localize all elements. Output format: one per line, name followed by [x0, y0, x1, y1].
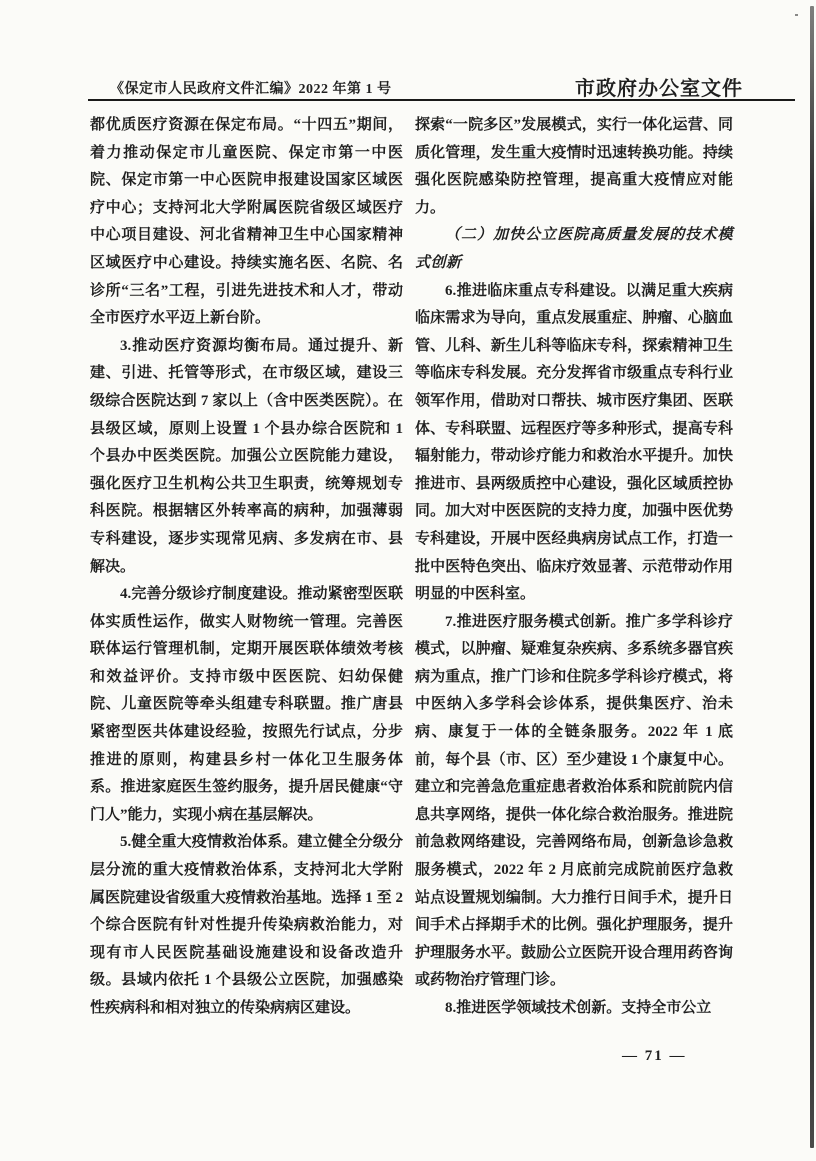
paragraph-item-6: 6.推进临床重点专科建设。以满足重大疾病临床需求为导向，重点发展重症、肿瘤、心脑… — [415, 278, 733, 609]
paragraph-item-4: 4.完善分级诊疗制度建设。推动紧密型医联体实质性运作，做实人财物统一管理。完善医… — [90, 581, 403, 829]
right-text-column: 探索“一院多区”发展模式，实行一体化运营、同质化管理，发生重大疫情时迅速转换功能… — [415, 112, 733, 1023]
paragraph-item-8: 8.推进医学领域技术创新。支持全市公立 — [415, 995, 733, 1023]
paragraph-continuation: 探索“一院多区”发展模式，实行一体化运营、同质化管理，发生重大疫情时迅速转换功能… — [415, 112, 733, 222]
document-page: 《保定市人民政府文件汇编》2022 年第 1 号 市政府办公室文件 都优质医疗资… — [0, 0, 816, 1161]
header-document-category: 市政府办公室文件 — [575, 72, 743, 101]
left-text-column: 都优质医疗资源在保定布局。“十四五”期间，着力推动保定市儿童医院、保定市第一中医… — [90, 112, 403, 1023]
section-heading-2: （二）加快公立医院高质量发展的技术模式创新 — [415, 222, 733, 277]
paragraph-item-3: 3.推动医疗资源均衡布局。通过提升、新建、引进、托管等形式，在市级区域，建设三级… — [90, 333, 403, 581]
scan-speck-artifact — [795, 14, 798, 16]
paragraph-item-7: 7.推进医疗服务模式创新。推广多学科诊疗模式，以肿瘤、疑难复杂疾病、多系统多器官… — [415, 609, 733, 995]
header-compilation-title: 《保定市人民政府文件汇编》2022 年第 1 号 — [110, 78, 392, 98]
paragraph-item-5: 5.健全重大疫情救治体系。建立健全分级分层分流的重大疫情救治体系，支持河北大学附… — [90, 829, 403, 1022]
page-number: — 71 — — [622, 1048, 687, 1065]
scan-binding-edge-artifact — [810, 6, 814, 1148]
paragraph-continuation: 都优质医疗资源在保定布局。“十四五”期间，着力推动保定市儿童医院、保定市第一中医… — [90, 112, 403, 333]
header-divider-rule — [88, 99, 795, 101]
